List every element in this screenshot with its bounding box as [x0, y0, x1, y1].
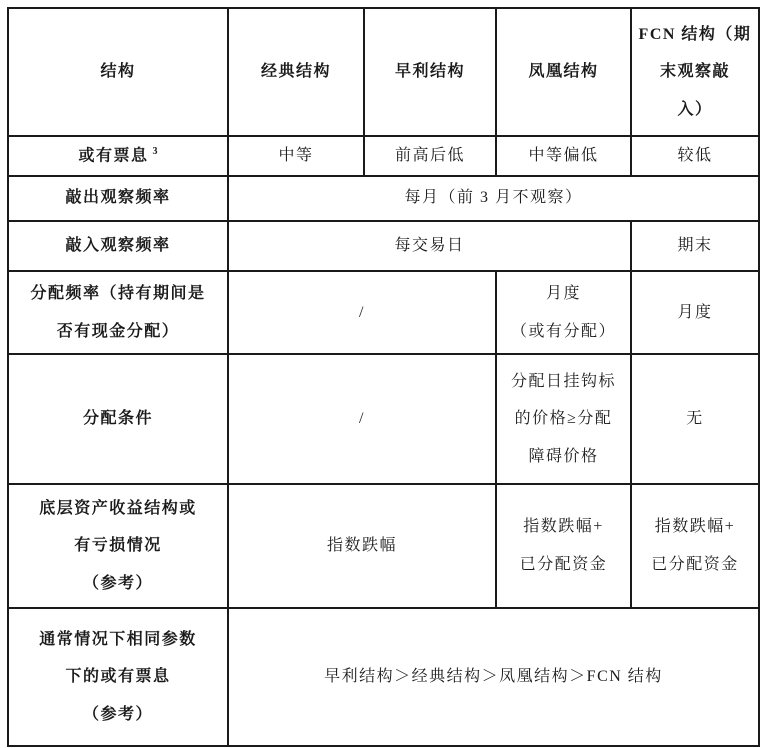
contingent-coupon-label-text: 或有票息 [78, 147, 148, 164]
cell-distribution-condition-fcn: 无 [631, 354, 759, 484]
header-early-profit-structure: 早利结构 [364, 8, 496, 136]
row-knockout-observation-frequency: 敲出观察频率 每月（前 3 月不观察） [8, 176, 759, 221]
cell-coupon-classic: 中等 [228, 136, 364, 176]
row-label-distribution-frequency: 分配频率（持有期间是 否有现金分配） [8, 271, 228, 354]
cell-knockin-frequency-fcn: 期末 [631, 221, 759, 271]
row-distribution-condition: 分配条件 / 分配日挂钩标 的价格≥分配 障碍价格 无 [8, 354, 759, 484]
cell-coupon-fcn: 较低 [631, 136, 759, 176]
row-label-knockout-observation: 敲出观察频率 [8, 176, 228, 221]
cell-knockin-frequency-daily: 每交易日 [228, 221, 631, 271]
header-phoenix-structure: 凤凰结构 [496, 8, 631, 136]
cell-distribution-condition-phoenix: 分配日挂钩标 的价格≥分配 障碍价格 [496, 354, 631, 484]
row-underlying-loss-structure: 底层资产收益结构或 有亏损情况 （参考） 指数跌幅 指数跌幅+ 已分配资金 指数… [8, 484, 759, 608]
header-structure: 结构 [8, 8, 228, 136]
structure-comparison-table: 结构 经典结构 早利结构 凤凰结构 FCN 结构（期 末观察敲 入） 或有票息3… [7, 7, 760, 747]
cell-loss-fcn: 指数跌幅+ 已分配资金 [631, 484, 759, 608]
table-header-row: 结构 经典结构 早利结构 凤凰结构 FCN 结构（期 末观察敲 入） [8, 8, 759, 136]
cell-coupon-ranking: 早利结构＞经典结构＞凤凰结构＞FCN 结构 [228, 608, 759, 746]
cell-distribution-frequency-none: / [228, 271, 496, 354]
cell-coupon-early-profit: 前高后低 [364, 136, 496, 176]
cell-loss-index-decline: 指数跌幅 [228, 484, 496, 608]
cell-knockout-frequency-all: 每月（前 3 月不观察） [228, 176, 759, 221]
cell-distribution-condition-none: / [228, 354, 496, 484]
row-label-distribution-condition: 分配条件 [8, 354, 228, 484]
header-fcn-structure: FCN 结构（期 末观察敲 入） [631, 8, 759, 136]
row-label-knockin-observation: 敲入观察频率 [8, 221, 228, 271]
row-typical-coupon-ranking: 通常情况下相同参数 下的或有票息 （参考） 早利结构＞经典结构＞凤凰结构＞FCN… [8, 608, 759, 746]
row-contingent-coupon: 或有票息3 中等 前高后低 中等偏低 较低 [8, 136, 759, 176]
row-label-contingent-coupon: 或有票息3 [8, 136, 228, 176]
cell-distribution-frequency-phoenix: 月度 （或有分配） [496, 271, 631, 354]
row-knockin-observation-frequency: 敲入观察频率 每交易日 期末 [8, 221, 759, 271]
document-page: 结构 经典结构 早利结构 凤凰结构 FCN 结构（期 末观察敲 入） 或有票息3… [0, 0, 766, 748]
cell-loss-phoenix: 指数跌幅+ 已分配资金 [496, 484, 631, 608]
row-distribution-frequency: 分配频率（持有期间是 否有现金分配） / 月度 （或有分配） 月度 [8, 271, 759, 354]
header-classic-structure: 经典结构 [228, 8, 364, 136]
row-label-underlying-loss: 底层资产收益结构或 有亏损情况 （参考） [8, 484, 228, 608]
row-label-coupon-ranking: 通常情况下相同参数 下的或有票息 （参考） [8, 608, 228, 746]
footnote-marker: 3 [153, 146, 158, 157]
cell-distribution-frequency-fcn: 月度 [631, 271, 759, 354]
cell-coupon-phoenix: 中等偏低 [496, 136, 631, 176]
